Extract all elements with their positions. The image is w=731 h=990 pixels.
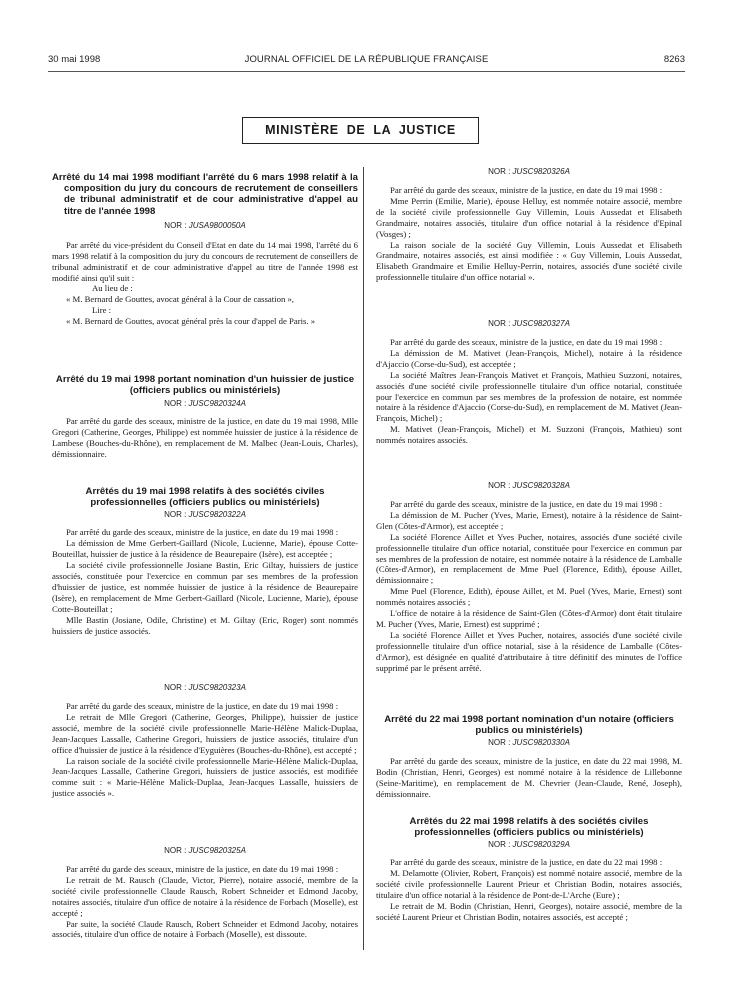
nor-code: JUSC9820326A (513, 167, 570, 176)
paragraph: Le retrait de M. Bodin (Christian, Henri… (376, 901, 682, 923)
nor-label: NOR : (488, 319, 510, 328)
nor-code: JUSA9800050A (189, 221, 246, 230)
nor-reference: NOR : JUSC9820327A (376, 318, 682, 329)
column-divider (363, 167, 364, 950)
nor-label: NOR : (488, 738, 510, 747)
paragraph: Par arrêté du vice-président du Conseil … (52, 240, 358, 284)
paragraph: La démission de M. Pucher (Yves, Marie, … (376, 510, 682, 532)
paragraph: La démission de Mme Gerbert-Gaillard (Ni… (52, 538, 358, 560)
nor-label: NOR : (164, 221, 186, 230)
nor-code: JUSC9820324A (189, 399, 246, 408)
paragraph: Par arrêté du garde des sceaux, ministre… (376, 857, 682, 868)
nor-code: JUSC9820328A (513, 481, 570, 490)
decree-nor-jusc9820326a: NOR : JUSC9820326A Par arrêté du garde d… (376, 166, 682, 283)
nor-reference: NOR : JUSC9820329A (376, 839, 682, 850)
decree-19-mai-1998-scp: Arrêtés du 19 mai 1998 relatifs à des so… (52, 486, 358, 636)
nor-label: NOR : (488, 167, 510, 176)
nor-code: JUSC9820330A (513, 738, 570, 747)
publication-title: JOURNAL OFFICIEL DE LA RÉPUBLIQUE FRANÇA… (48, 54, 685, 65)
nor-reference: NOR : JUSC9820330A (376, 737, 682, 748)
paragraph: M. Mativet (Jean-François, Michel) et M.… (376, 424, 682, 446)
nor-code: JUSC9820329A (513, 840, 570, 849)
running-header: 30 mai 1998 JOURNAL OFFICIEL DE LA RÉPUB… (48, 54, 685, 68)
paragraph: Lire : (52, 305, 358, 316)
decree-22-mai-1998-notaire: Arrêté du 22 mai 1998 portant nomination… (376, 714, 682, 800)
nor-reference: NOR : JUSC9820322A (52, 509, 358, 520)
paragraph: Par arrêté du garde des sceaux, ministre… (52, 864, 358, 875)
paragraph: Le retrait de Mlle Gregori (Catherine, G… (52, 712, 358, 756)
paragraph: Mme Puel (Florence, Edith), épouse Aille… (376, 586, 682, 608)
nor-code: JUSC9820322A (189, 510, 246, 519)
decree-19-mai-1998-huissier: Arrêté du 19 mai 1998 portant nomination… (52, 374, 358, 460)
paragraph: Par arrêté du garde des sceaux, ministre… (52, 416, 358, 460)
decree-nor-jusc9820323a: NOR : JUSC9820323A Par arrêté du garde d… (52, 682, 358, 799)
nor-label: NOR : (164, 846, 186, 855)
decree-22-mai-1998-scp: Arrêtés du 22 mai 1998 relatifs à des so… (376, 816, 682, 923)
paragraph: Par arrêté du garde des sceaux, ministre… (52, 527, 358, 538)
page-number: 8263 (664, 54, 685, 65)
paragraph: Le retrait de M. Rausch (Claude, Victor,… (52, 875, 358, 919)
decree-title: Arrêtés du 22 mai 1998 relatifs à des so… (376, 816, 682, 838)
nor-label: NOR : (488, 840, 510, 849)
paragraph: La raison sociale de la société Guy Vill… (376, 240, 682, 284)
paragraph: Par arrêté du garde des sceaux, ministre… (52, 701, 358, 712)
ministry-heading: MINISTÈRE DE LA JUSTICE (242, 117, 479, 144)
paragraph: La démission de M. Mativet (Jean-Françoi… (376, 348, 682, 370)
nor-label: NOR : (488, 481, 510, 490)
paragraph: Par arrêté du garde des sceaux, ministre… (376, 185, 682, 196)
decree-title: Arrêté du 14 mai 1998 modifiant l'arrêté… (52, 172, 358, 217)
decree-nor-jusc9820325a: NOR : JUSC9820325A Par arrêté du garde d… (52, 845, 358, 940)
nor-reference: NOR : JUSC9820323A (52, 682, 358, 693)
nor-reference: NOR : JUSC9820326A (376, 166, 682, 177)
paragraph: Par suite, la société Claude Rausch, Rob… (52, 919, 358, 941)
paragraph: M. Delamotte (Olivier, Robert, François)… (376, 868, 682, 901)
paragraph: Par arrêté du garde des sceaux, ministre… (376, 499, 682, 510)
decree-title: Arrêtés du 19 mai 1998 relatifs à des so… (52, 486, 358, 508)
paragraph: Par arrêté du garde des sceaux, ministre… (376, 337, 682, 348)
paragraph: Mlle Bastin (Josiane, Odile, Christine) … (52, 615, 358, 637)
nor-reference: NOR : JUSA9800050A (52, 220, 358, 231)
nor-reference: NOR : JUSC9820328A (376, 480, 682, 491)
nor-code: JUSC9820327A (513, 319, 570, 328)
nor-reference: NOR : JUSC9820325A (52, 845, 358, 856)
paragraph: La raison sociale de la société civile p… (52, 756, 358, 800)
paragraph: La société Florence Aillet et Yves Puche… (376, 630, 682, 674)
paragraph: La société civile professionnelle Josian… (52, 560, 358, 615)
decree-nor-jusc9820327a: NOR : JUSC9820327A Par arrêté du garde d… (376, 318, 682, 446)
paragraph: La société Florence Aillet et Yves Puche… (376, 532, 682, 587)
nor-label: NOR : (164, 399, 186, 408)
header-rule (48, 71, 685, 72)
decree-title: Arrêté du 22 mai 1998 portant nomination… (376, 714, 682, 736)
nor-code: JUSC9820325A (189, 846, 246, 855)
nor-code: JUSC9820323A (189, 683, 246, 692)
nor-label: NOR : (164, 683, 186, 692)
decree-title: Arrêté du 19 mai 1998 portant nomination… (52, 374, 358, 396)
paragraph: L'office de notaire à la résidence de Sa… (376, 608, 682, 630)
decree-14-mai-1998: Arrêté du 14 mai 1998 modifiant l'arrêté… (52, 172, 358, 327)
nor-label: NOR : (164, 510, 186, 519)
nor-reference: NOR : JUSC9820324A (52, 398, 358, 409)
paragraph: La société Maîtres Jean-François Mativet… (376, 370, 682, 425)
decree-nor-jusc9820328a: NOR : JUSC9820328A Par arrêté du garde d… (376, 480, 682, 674)
paragraph: Au lieu de : (52, 283, 358, 294)
paragraph: « M. Bernard de Gouttes, avocat général … (52, 316, 358, 327)
paragraph: Par arrêté du garde des sceaux, ministre… (376, 756, 682, 800)
paragraph: Mme Perrin (Emilie, Marie), épouse Hellu… (376, 196, 682, 240)
decree-title-text: Arrêté du 14 mai 1998 modifiant l'arrêté… (52, 172, 358, 217)
paragraph: « M. Bernard de Gouttes, avocat général … (52, 294, 358, 305)
